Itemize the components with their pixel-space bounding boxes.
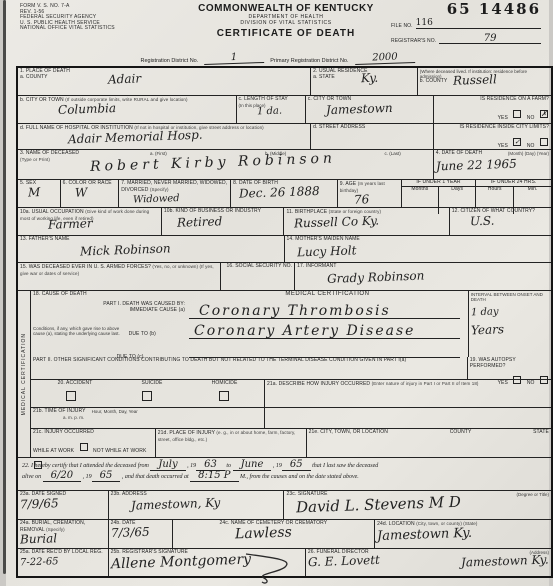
field-armed-forces: 15. WAS DECEASED EVER IN U. S. ARMED FOR… — [18, 263, 221, 290]
cause-a-value: Coronary Thrombosis — [199, 303, 391, 319]
scan-edge-shadow — [3, 0, 6, 574]
farm-no-label: NO — [527, 115, 535, 121]
street-address-label: d. STREET ADDRESS — [313, 125, 431, 131]
citizen-label: 12. CITIZEN OF WHAT COUNTRY? — [452, 209, 549, 215]
field-residence-city: c. CITY OR TOWN Jamestown — [306, 96, 434, 123]
interval-header: INTERVAL BETWEEN ONSET AND DEATH — [468, 291, 551, 301]
scanned-certificate: FORM V. S. NO. 7-A REV. 1-56 FEDERAL SEC… — [6, 0, 549, 586]
conditions-note: Conditions, if any, which gave rise to a… — [33, 326, 124, 336]
certificate-form: 1. PLACE OF DEATH a. COUNTY Adair 2. USU… — [16, 66, 553, 578]
registrar-no-value: 79 — [439, 34, 541, 44]
immediate-cause-labels: PART I. DEATH WAS CAUSED BY: IMMEDIATE C… — [31, 301, 187, 321]
field-disposition-type: 24a. BURIAL, CREMATION, REMOVAL (Specify… — [18, 520, 109, 548]
field-hospital: d. FULL NAME OF HOSPITAL OR INSTITUTION … — [18, 124, 311, 149]
funeral-director-address-value: Jamestown Ky. — [461, 554, 549, 568]
describe-injury-note: (Enter nature of injury in Part I or Par… — [372, 381, 479, 386]
field-accident-suicide-homicide: 20. ACCIDENT SUICIDE HOMICIDE — [31, 380, 265, 407]
field-injury-occurred: 21c. INJURY OCCURRED WHILE AT WORK NOT W… — [31, 429, 156, 457]
date-received-value: 7-22-65 — [20, 554, 106, 568]
limits-no-checkbox — [540, 138, 548, 146]
residence-county-value: Russell — [453, 74, 497, 87]
field-date-received: 25a. DATE REC'D BY LOCAL REG. 7-22-65 — [18, 549, 109, 576]
field-physician-signature: 23c. SIGNATURE (Degree or Title) David L… — [284, 491, 551, 519]
injury-state-label: STATE — [533, 430, 549, 436]
certify-text: , 19 — [187, 463, 196, 469]
field-describe-injury: 21a. DESCRIBE HOW INJURY OCCURRED (Enter… — [265, 380, 551, 407]
certify-text: , and that death occurred at — [122, 474, 189, 480]
farm-yes-label: YES — [498, 115, 508, 121]
field-date-of-birth: 8. DATE OF BIRTH Dec. 26 1888 — [231, 180, 338, 207]
while-at-work-label: WHILE AT WORK — [33, 448, 74, 454]
attended-from-value: July — [150, 459, 185, 471]
dob-value: Dec. 26 1888 — [239, 185, 335, 199]
certify-text: to — [226, 463, 231, 469]
business-label: 10b. KIND OF BUSINESS OR INDUSTRY — [164, 209, 282, 215]
ampm-label: a. m. p. m. — [63, 415, 262, 420]
suicide-checkbox — [142, 391, 152, 401]
field-interval-b: Years — [468, 321, 551, 344]
field-disposition-date: 24b. DATE 7/3/65 — [109, 520, 173, 548]
registration-district-line: Registration District No. 1 Primary Regi… — [6, 52, 549, 64]
field-cause-a: Coronary Thrombosis — [187, 301, 468, 321]
due-c-labels: DUE TO (c) — [31, 344, 187, 357]
cause-b-value: Coronary Artery Disease — [194, 323, 415, 339]
accident-checkbox — [66, 391, 76, 401]
signature-flourish — [236, 552, 306, 586]
date-of-death-label: 4. DATE OF DEATH — [436, 151, 482, 157]
field-time-of-injury: 21b. TIME OF INJURY Hour, Month, Day, Ye… — [31, 408, 265, 428]
marital-value: Widowed — [133, 191, 228, 205]
cause-of-death-header: 18. CAUSE OF DEATH — [31, 291, 187, 301]
field-name-of-deceased: 3. NAME OF DECEASED(Type or Print) a. (F… — [18, 150, 434, 179]
district-label: Registration District No. — [140, 58, 198, 64]
field-part2-conditions: PART II. OTHER SIGNIFICANT CONDITIONS CO… — [31, 357, 468, 379]
interval-a-value: 1 day — [471, 305, 550, 319]
time-of-injury-label: 21b. TIME OF INJURY — [33, 409, 86, 415]
certify-text: 22. I hereby certify that I attended the… — [22, 463, 149, 469]
field-residence-on-farm: IS RESIDENCE ON A FARM? YES NO ✗ — [434, 96, 551, 123]
sex-value: M — [28, 186, 58, 198]
certify-text: that I last saw the deceased — [312, 463, 378, 469]
agency-title-block: COMMONWEALTH OF KENTUCKY DEPARTMENT OF H… — [166, 3, 406, 39]
medical-certification-vertical-label: MEDICAL CERTIFICATION — [21, 333, 27, 415]
field-date-signed: 23a. DATE SIGNED 7/9/65 — [18, 491, 109, 519]
field-length-of-stay: c. LENGTH OF STAY (In this place) 1 da. — [237, 96, 306, 123]
field-marital-status: 7. MARRIED, NEVER MARRIED, WIDOWED, DIVO… — [119, 180, 231, 207]
citizen-value: U.S. — [470, 216, 495, 228]
certify-text: , 19 — [273, 463, 282, 469]
injury-occurred-label: 21c. INJURY OCCURRED — [33, 430, 153, 436]
farm-yes-checkbox — [513, 110, 521, 118]
field-inside-city-limits: IS RESIDENCE INSIDE CITY LIMITS? YES ✓ N… — [434, 124, 551, 149]
medical-certification-heading-text: MEDICAL CERTIFICATION — [189, 292, 466, 298]
field-mother-name: 14. MOTHER'S MAIDEN NAME Lucy Holt — [285, 236, 552, 262]
field-birthplace: 11. BIRTHPLACE (State or foreign country… — [284, 208, 449, 235]
form-number-block: FORM V. S. NO. 7-A REV. 1-56 FEDERAL SEC… — [20, 4, 115, 32]
field-disposition-location: 24d. LOCATION (City, town, or county) (S… — [375, 520, 551, 548]
name-note: (Type or Print) — [20, 157, 50, 162]
field-funeral-director: 26. FUNERAL DIRECTOR (Address) G. E. Lov… — [306, 549, 551, 576]
business-value: Retired — [177, 216, 223, 229]
due-b-label: DUE TO (b) — [129, 331, 156, 337]
marital-note: (Specify) — [150, 187, 169, 192]
field-business: 10b. KIND OF BUSINESS OR INDUSTRY Retire… — [162, 208, 285, 235]
field-interval-c — [468, 344, 551, 357]
division-line: DIVISION OF VITAL STATISTICS — [166, 20, 406, 26]
cause-of-death-label: 18. CAUSE OF DEATH — [33, 292, 185, 298]
field-under-1-year: IF UNDER 1 YEAR Months Days — [402, 180, 477, 207]
age-value: 76 — [354, 193, 399, 206]
alive-year-value: 65 — [92, 470, 121, 482]
field-injury-location: 21e. CITY, TOWN, OR LOCATION COUNTY STAT… — [307, 429, 551, 457]
physician-address-value: Jamestown, Ky — [130, 495, 281, 511]
certificate-title: CERTIFICATE OF DEATH — [166, 28, 406, 39]
serial-stamp: 65 14486 — [391, 0, 541, 18]
certificate-header: FORM V. S. NO. 7-A REV. 1-56 FEDERAL SEC… — [6, 0, 549, 50]
field-place-of-death: 1. PLACE OF DEATH a. COUNTY Adair — [18, 68, 311, 95]
field-informant: 17. INFORMANT Grady Robinson — [295, 263, 551, 290]
name-label: 3. NAME OF DECEASED — [20, 150, 79, 156]
field-cause-c — [187, 344, 468, 357]
field-father-name: 13. FATHER'S NAME Mick Robinson — [18, 236, 285, 262]
disposition-type-value: Burial — [20, 532, 106, 546]
file-no-label: FILE NO. — [391, 24, 413, 30]
immediate-cause-label: IMMEDIATE CAUSE (a) — [33, 308, 185, 314]
field-certification-statement: 22. I hereby certify that I attended the… — [18, 458, 551, 490]
field-autopsy: 19. WAS AUTOPSY PERFORMED? YES NO — [468, 357, 551, 379]
primary-district-value: 2000 — [354, 51, 414, 65]
date-of-death-value: June 22 1965 — [436, 159, 517, 173]
birthplace-label: 11. BIRTHPLACE — [286, 209, 327, 215]
injury-county-label: COUNTY — [450, 430, 472, 436]
length-of-stay-value: 1 da. — [256, 106, 281, 118]
part2-label: PART II. OTHER SIGNIFICANT CONDITIONS CO… — [33, 358, 465, 364]
field-race: 6. COLOR OR RACE W — [61, 180, 120, 207]
interval-b-value: Years — [471, 323, 550, 337]
death-city-value: Columbia — [58, 103, 116, 116]
accident-label: 20. ACCIDENT — [58, 381, 93, 387]
limits-yes-checkbox: ✓ — [513, 138, 521, 146]
field-cemetery: 24c. NAME OF CEMETERY OR CREMATORY Lawle… — [173, 520, 376, 548]
field-cause-b: Coronary Artery Disease — [187, 321, 468, 344]
date-signed-value: 7/9/65 — [20, 496, 106, 510]
field-usual-residence-county: (Where deceased lived. If institution: r… — [418, 68, 551, 95]
field-death-city: b. CITY OR TOWN (If outside corporate li… — [18, 96, 237, 123]
farm-label: IS RESIDENCE ON A FARM? — [436, 97, 549, 103]
registrar-no-label: REGISTRAR'S NO. — [391, 39, 436, 45]
field-sex: 5. SEX M — [18, 180, 61, 207]
first-name-col-label: a. (First) — [150, 151, 167, 156]
file-number-block: 65 14486 FILE NO. 116 REGISTRAR'S NO. 79 — [391, 0, 541, 44]
death-county-label: a. COUNTY — [20, 75, 308, 81]
while-at-work-checkbox — [80, 443, 88, 451]
funeral-director-value: G. E. Lovett — [308, 554, 380, 568]
cemetery-value: Lawless — [234, 524, 372, 540]
form-line: NATIONAL OFFICE VITAL STATISTICS — [20, 26, 115, 32]
describe-injury-label: 21a. DESCRIBE HOW INJURY OCCURRED — [267, 381, 370, 387]
occupation-value: Farmer — [48, 218, 93, 231]
file-no-value: 116 — [416, 19, 541, 29]
injury-city-label: 21e. CITY, TOWN, OR LOCATION — [309, 430, 388, 436]
describe-injury-continued — [265, 408, 551, 428]
field-place-of-injury: 21d. PLACE OF INJURY (e. g., in or about… — [156, 429, 307, 457]
field-interval-a: 1 day — [468, 301, 551, 321]
field-under-24-hrs: IF UNDER 24 HRS. Hours Min. — [476, 180, 551, 207]
certify-text: , 19 — [83, 474, 92, 480]
field-date-of-death: 4. DATE OF DEATH (Month) (Day) (Year) Ju… — [434, 150, 551, 179]
district-value: 1 — [204, 51, 264, 65]
medical-certification-heading: MEDICAL CERTIFICATION — [187, 291, 468, 301]
race-value: W — [74, 186, 116, 198]
certify-text: alive on — [22, 474, 41, 480]
disposition-location-label: 24d. LOCATION — [377, 521, 415, 527]
suicide-label: SUICIDE — [142, 381, 163, 387]
homicide-checkbox — [219, 391, 229, 401]
field-occupation: 10a. USUAL OCCUPATION (Give kind of work… — [18, 208, 162, 235]
hospital-value: Adair Memorial Hosp. — [68, 130, 203, 146]
age-label: 9. AGE — [340, 181, 356, 187]
birthplace-value: Russell Co Ky. — [294, 216, 379, 230]
ssn-label: 16. SOCIAL SECURITY NO. — [223, 264, 293, 270]
homicide-label: HOMICIDE — [212, 381, 238, 387]
limits-no-label: NO — [527, 143, 535, 149]
field-citizen: 12. CITIZEN OF WHAT COUNTRY? U.S. — [450, 208, 551, 235]
field-street-address: d. STREET ADDRESS — [311, 124, 434, 149]
time-of-death-value: 8:15 P — [190, 470, 238, 482]
field-age: 9. AGE (In years last birthday) 76 — [338, 180, 402, 207]
to-year-value: 65 — [282, 459, 311, 471]
occupation-label: 10a. USUAL OCCUPATION — [20, 209, 84, 215]
medical-certification-side-strip: MEDICAL CERTIFICATION — [18, 291, 31, 457]
residence-state-value: Ky. — [361, 73, 379, 85]
death-county-value: Adair — [108, 73, 141, 85]
commonwealth-title: COMMONWEALTH OF KENTUCKY — [166, 3, 406, 14]
field-ssn: 16. SOCIAL SECURITY NO. — [221, 263, 296, 290]
primary-district-label: Primary Registration District No. — [270, 58, 348, 64]
time-of-injury-note: Hour, Month, Day, Year — [92, 409, 138, 415]
city-limits-label: IS RESIDENCE INSIDE CITY LIMITS? — [436, 125, 549, 131]
place-of-injury-label: 21d. PLACE OF INJURY — [158, 430, 215, 436]
armed-forces-label: 15. WAS DECEASED EVER IN U. S. ARMED FOR… — [20, 264, 151, 270]
disposition-date-value: 7/3/65 — [110, 525, 169, 538]
marital-label: 7. MARRIED, NEVER MARRIED, WIDOWED, DIVO… — [121, 180, 227, 193]
field-usual-residence-state: 2. USUAL RESIDENCE a. STATE Ky. — [311, 68, 418, 95]
physician-signature-value: David L. Stevens M D — [296, 493, 549, 513]
residence-city-value: Jamestown — [326, 103, 393, 116]
certify-text: M., from the causes and on the date stat… — [240, 474, 359, 480]
field-physician-address: 23b. ADDRESS Jamestown, Ky — [109, 491, 285, 519]
limits-yes-label: YES — [498, 143, 508, 149]
not-while-at-work-label: NOT WHILE AT WORK — [93, 448, 146, 454]
farm-no-checkbox: ✗ — [540, 110, 548, 118]
last-seen-alive-value: 6/20 — [43, 470, 81, 482]
conditions-labels: Conditions, if any, which gave rise to a… — [31, 321, 187, 344]
autopsy-label: 19. WAS AUTOPSY PERFORMED? — [470, 358, 549, 369]
